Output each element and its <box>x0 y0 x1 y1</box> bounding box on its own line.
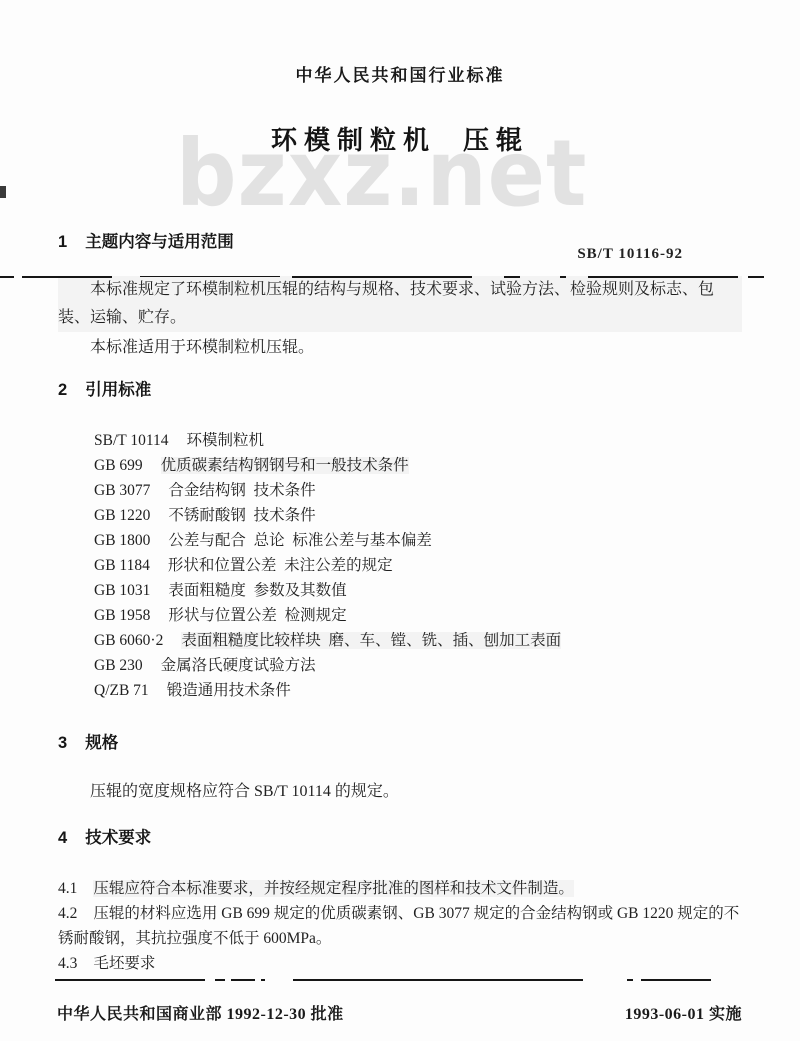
approval-note: 中华人民共和国商业部 1992-12-30 批准 <box>57 1001 344 1024</box>
section-heading-spec: 3规格 <box>58 733 742 754</box>
section-title: 引用标准 <box>85 381 151 399</box>
footer-separator-rule <box>55 978 755 981</box>
reference-code: GB 1958 <box>94 607 150 624</box>
reference-item: GB 1800公差与配合 总论 标准公差与基本偏差 <box>94 528 742 553</box>
document-body: 1主题内容与适用范围 本标准规定了环模制粒机压辊的结构与规格、技术要求、试验方法… <box>0 232 800 976</box>
implementation-date: 1993-06-01 实施 <box>625 1001 742 1024</box>
scope-paragraph-2: 本标准适用于环模制粒机压辊。 <box>58 334 742 362</box>
spec-paragraph: 压辊的宽度规格应符合 SB/T 10114 的规定。 <box>58 778 742 806</box>
reference-title: 优质碳素结构钢钢号和一般技术条件 <box>161 457 409 474</box>
reference-title: 金属洛氏硬度试验方法 <box>161 657 316 674</box>
reference-code: GB 6060·2 <box>94 632 163 649</box>
reference-title: 不锈耐酸钢 技术条件 <box>168 507 315 524</box>
reference-item: Q/ZB 71锻造通用技术条件 <box>94 678 742 703</box>
section-number: 2 <box>58 381 67 399</box>
reference-code: GB 1220 <box>94 507 150 524</box>
reference-item: GB 6060·2表面粗糙度比较样块 磨、车、镗、铣、插、刨加工表面 <box>94 628 742 653</box>
reference-title: 锻造通用技术条件 <box>167 682 291 699</box>
reference-item: GB 1031表面粗糙度 参数及其数值 <box>94 578 742 603</box>
section-number: 3 <box>58 734 67 752</box>
section-title: 规格 <box>85 734 118 752</box>
reference-title: 形状和位置公差 未注公差的规定 <box>168 557 393 574</box>
page-footer: 中华人民共和国商业部 1992-12-30 批准 1993-06-01 实施 <box>0 978 800 1024</box>
reference-code: GB 1031 <box>94 582 150 599</box>
tech-clauses: 4.1压辊应符合本标准要求，并按经规定程序批准的图样和技术文件制造。 4.2压辊… <box>58 876 742 976</box>
header-separator-rule <box>0 275 790 278</box>
reference-title: 表面粗糙度 参数及其数值 <box>168 582 346 599</box>
clause-text: 压辊的材料应选用 GB 699 规定的优质碳素钢、GB 3077 规定的合金结构… <box>58 905 739 947</box>
reference-code: GB 699 <box>94 457 143 474</box>
reference-title: 合金结构钢 技术条件 <box>168 482 315 499</box>
reference-item: GB 1184形状和位置公差 未注公差的规定 <box>94 553 742 578</box>
reference-title: 形状与位置公差 检测规定 <box>168 607 346 624</box>
reference-list: SB/T 10114环模制粒机 GB 699优质碳素结构钢钢号和一般技术条件 G… <box>94 428 742 703</box>
reference-item: GB 1220不锈耐酸钢 技术条件 <box>94 503 742 528</box>
section-title: 技术要求 <box>85 829 151 847</box>
reference-item: GB 230金属洛氏硬度试验方法 <box>94 653 742 678</box>
clause-4-1: 4.1压辊应符合本标准要求，并按经规定程序批准的图样和技术文件制造。 <box>58 876 742 901</box>
document-title: 环模制粒机 压辊 <box>0 124 800 158</box>
clause-number: 4.2 <box>58 905 77 922</box>
clause-text: 毛坯要求 <box>93 955 155 972</box>
reference-title: 表面粗糙度比较样块 磨、车、镗、铣、插、刨加工表面 <box>181 632 561 649</box>
reference-item: GB 3077合金结构钢 技术条件 <box>94 478 742 503</box>
reference-code: SB/T 10114 <box>94 432 169 449</box>
section-number: 4 <box>58 829 67 847</box>
reference-code: GB 1184 <box>94 557 150 574</box>
reference-item: SB/T 10114环模制粒机 <box>94 428 742 453</box>
reference-code: GB 1800 <box>94 532 150 549</box>
scope-paragraph-1: 本标准规定了环模制粒机压辊的结构与规格、技术要求、试验方法、检验规则及标志、包装… <box>58 276 742 332</box>
clause-4-2: 4.2压辊的材料应选用 GB 699 规定的优质碳素钢、GB 3077 规定的合… <box>58 901 742 951</box>
clause-number: 4.3 <box>58 955 77 972</box>
reference-code: GB 3077 <box>94 482 150 499</box>
reference-code: GB 230 <box>94 657 143 674</box>
clause-text: 压辊应符合本标准要求，并按经规定程序批准的图样和技术文件制造。 <box>93 880 574 897</box>
section-heading-tech: 4技术要求 <box>58 828 742 849</box>
document-header: 中华人民共和国行业标准 <box>0 64 800 88</box>
standard-number: SB/T 10116-92 <box>57 246 683 263</box>
reference-code: Q/ZB 71 <box>94 682 149 699</box>
reference-title: 环模制粒机 <box>187 432 265 449</box>
clause-4-3: 4.3毛坯要求 <box>58 951 742 976</box>
document-content: 中华人民共和国行业标准 环模制粒机 压辊 SB/T 10116-92 1主题内容… <box>0 64 800 976</box>
reference-item: GB 1958形状与位置公差 检测规定 <box>94 603 742 628</box>
reference-item: GB 699优质碳素结构钢钢号和一般技术条件 <box>94 453 742 478</box>
document-page: bzxz.net 中华人民共和国行业标准 环模制粒机 压辊 SB/T 10116… <box>0 0 800 1041</box>
footer-row: 中华人民共和国商业部 1992-12-30 批准 1993-06-01 实施 <box>57 1001 742 1024</box>
reference-title: 公差与配合 总论 标准公差与基本偏差 <box>168 532 432 549</box>
section-heading-references: 2引用标准 <box>58 380 742 401</box>
clause-number: 4.1 <box>58 880 77 897</box>
